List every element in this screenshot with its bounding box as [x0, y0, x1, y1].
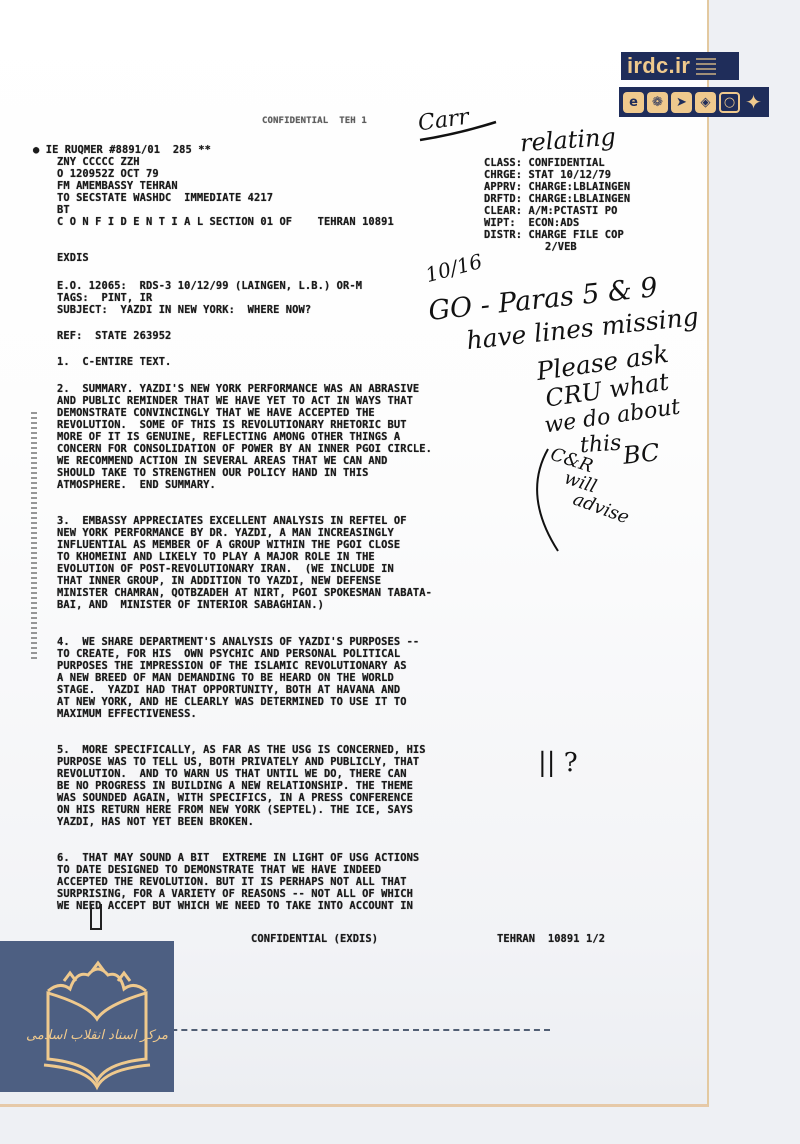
text-line: THAT INNER GROUP, IN ADDITION TO YAZDI, … — [57, 576, 381, 588]
text-line: ACCEPTED THE REVOLUTION. BUT IT IS PERHA… — [57, 877, 407, 889]
emblem-panel: مرکز اسناد انقلاب اسلامی — [0, 941, 174, 1092]
routing-line: C O N F I D E N T I A L SECTION 01 OF TE… — [57, 217, 394, 229]
ref-line: REF: STATE 263952 — [57, 331, 171, 343]
class-line: WIPT: ECON:ADS — [484, 218, 579, 230]
class-line: DRFTD: CHARGE:LBLAINGEN — [484, 194, 630, 206]
class-line: APPRV: CHARGE:LBLAINGEN — [484, 182, 630, 194]
telegram-icon[interactable]: ➤ — [671, 92, 692, 113]
text-line: 6. THAT MAY SOUND A BIT EXTREME IN LIGHT… — [57, 853, 419, 865]
routing-line: FM AMEMBASSY TEHRAN — [57, 181, 178, 193]
text-line: PURPOSE WAS TO TELL US, BOTH PRIVATELY A… — [57, 757, 419, 769]
logo-caption-lines — [696, 56, 716, 76]
text-line: NEW YORK PERFORMANCE BY DR. YAZDI, A MAN… — [57, 528, 394, 540]
class-line: CLEAR: A/M:PCTASTI PO — [484, 206, 617, 218]
text-line: DEMONSTRATE CONVINCINGLY THAT WE HAVE AC… — [57, 408, 375, 420]
text-line: 4. WE SHARE DEPARTMENT'S ANALYSIS OF YAZ… — [57, 637, 419, 649]
text-line: EVOLUTION OF POST-REVOLUTIONARY IRAN. (W… — [57, 564, 394, 576]
text-line: INFLUENTIAL AS MEMBER OF A GROUP WITHIN … — [57, 540, 400, 552]
class-line: CLASS: CONFIDENTIAL — [484, 158, 605, 170]
eitaa-icon[interactable]: e — [623, 92, 644, 113]
routing-line: BT — [57, 205, 70, 217]
text-line: PURPOSES THE IMPRESSION OF THE ISLAMIC R… — [57, 661, 407, 673]
tags-line: TAGS: PINT, IR — [57, 293, 152, 305]
text-line: MAXIMUM EFFECTIVENESS. — [57, 709, 197, 721]
handwritten-marks: || ? — [538, 748, 578, 778]
underline-stroke — [418, 120, 498, 144]
text-line: 3. EMBASSY APPRECIATES EXCELLENT ANALYSI… — [57, 516, 407, 528]
text-line: REVOLUTION. AND TO WARN US THAT UNTIL WE… — [57, 769, 407, 781]
handwritten-top-right: relating — [519, 123, 617, 158]
text-line: YAZDI, HAS NOT YET BEEN BROKEN. — [57, 817, 254, 829]
text-line: TO KHOMEINI AND LIKELY TO PLAY A MAJOR R… — [57, 552, 375, 564]
site-name: irdc.ir — [621, 53, 690, 79]
text-line: BE NO PROGRESS IN BUILDING A NEW RELATIO… — [57, 781, 413, 793]
paragraph-1: 1. C-ENTIRE TEXT. — [57, 357, 171, 369]
text-line: SURPRISING, FOR A VARIETY OF REASONS -- … — [57, 889, 413, 901]
eo-line: E.O. 12065: RDS-3 10/12/99 (LAINGEN, L.B… — [57, 281, 362, 293]
footer-reference: TEHRAN 10891 1/2 — [497, 934, 605, 946]
handwritten-side-note: advise — [570, 489, 632, 529]
irdc-logo[interactable]: irdc.ir — [621, 52, 739, 80]
social-icons-bar: e ❁ ➤ ◈ ○ ✦ — [619, 87, 769, 117]
routing-line: O 120952Z OCT 79 — [57, 169, 159, 181]
text-line: MORE OF IT IS GENUINE, REFLECTING AMONG … — [57, 432, 400, 444]
text-line: 5. MORE SPECIFICALLY, AS FAR AS THE USG … — [57, 745, 426, 757]
text-line: WAS SOUNDED AGAIN, WITH SPECIFICS, IN A … — [57, 793, 413, 805]
text-line: A NEW BREED OF MAN DEMANDING TO BE HEARD… — [57, 673, 394, 685]
text-line: 2. SUMMARY. YAZDI'S NEW YORK PERFORMANCE… — [57, 384, 419, 396]
routing-line: ZNY CCCCC ZZH — [57, 157, 140, 169]
text-line: AT NEW YORK, AND HE CLEARLY WAS DETERMIN… — [57, 697, 407, 709]
instagram-icon[interactable]: ○ — [719, 92, 740, 113]
book-emblem-icon: مرکز اسناد انقلاب اسلامی — [0, 941, 174, 1092]
routing-line: ● IE RUQMER #8891/01 285 ** — [33, 145, 211, 157]
footer-classification: CONFIDENTIAL (EXDIS) — [251, 934, 378, 946]
class-line: 2/VEB — [545, 242, 577, 254]
text-line: TO CREATE, FOR HIS OWN PSYCHIC AND PERSO… — [57, 649, 400, 661]
text-line: WE NEED ACCEPT BUT WHICH WE NEED TO TAKE… — [57, 901, 413, 913]
text-line: ON HIS RETURN HERE FROM NEW YORK (SEPTEL… — [57, 805, 413, 817]
twitter-icon[interactable]: ✦ — [743, 92, 764, 113]
text-line: WE RECOMMEND ACTION IN SEVERAL AREAS THA… — [57, 456, 388, 468]
exdis-label: EXDIS — [57, 253, 89, 265]
text-line: REVOLUTION. SOME OF THIS IS REVOLUTIONAR… — [57, 420, 407, 432]
subject-line: SUBJECT: YAZDI IN NEW YORK: WHERE NOW? — [57, 305, 311, 317]
text-line: STAGE. YAZDI HAD THAT OPPORTUNITY, BOTH … — [57, 685, 400, 697]
handwritten-initials: BC — [622, 438, 661, 470]
text-line: ATMOSPHERE. END SUMMARY. — [57, 480, 216, 492]
text-line: AND PUBLIC REMINDER THAT WE HAVE YET TO … — [57, 396, 413, 408]
routing-line: TO SECSTATE WASHDC IMMEDIATE 4217 — [57, 193, 273, 205]
aparat-icon[interactable]: ❁ — [647, 92, 668, 113]
text-line: BAI, AND MINISTER OF INTERIOR SABAGHIAN.… — [57, 600, 324, 612]
text-line: MINISTER CHAMRAN, QOTBZADEH AT NIRT, PGO… — [57, 588, 432, 600]
class-line: DISTR: CHARGE FILE COP — [484, 230, 624, 242]
emblem-caption: مرکز اسناد انقلاب اسلامی — [26, 1028, 168, 1043]
handwritten-date: 10/16 — [423, 249, 485, 287]
classification-header: CONFIDENTIAL TEH 1 — [262, 116, 367, 128]
text-line: TO DATE DESIGNED TO DEMONSTRATE THAT WE … — [57, 865, 381, 877]
text-line: SHOULD TAKE TO STRENGTHEN OUR POLICY HAN… — [57, 468, 368, 480]
class-line: CHRGE: STAT 10/12/79 — [484, 170, 611, 182]
soroush-icon[interactable]: ◈ — [695, 92, 716, 113]
margin-marks — [31, 412, 37, 662]
text-line: CONCERN FOR CONSOLIDATION OF POWER BY AN… — [57, 444, 432, 456]
bracket-mark — [90, 904, 102, 930]
